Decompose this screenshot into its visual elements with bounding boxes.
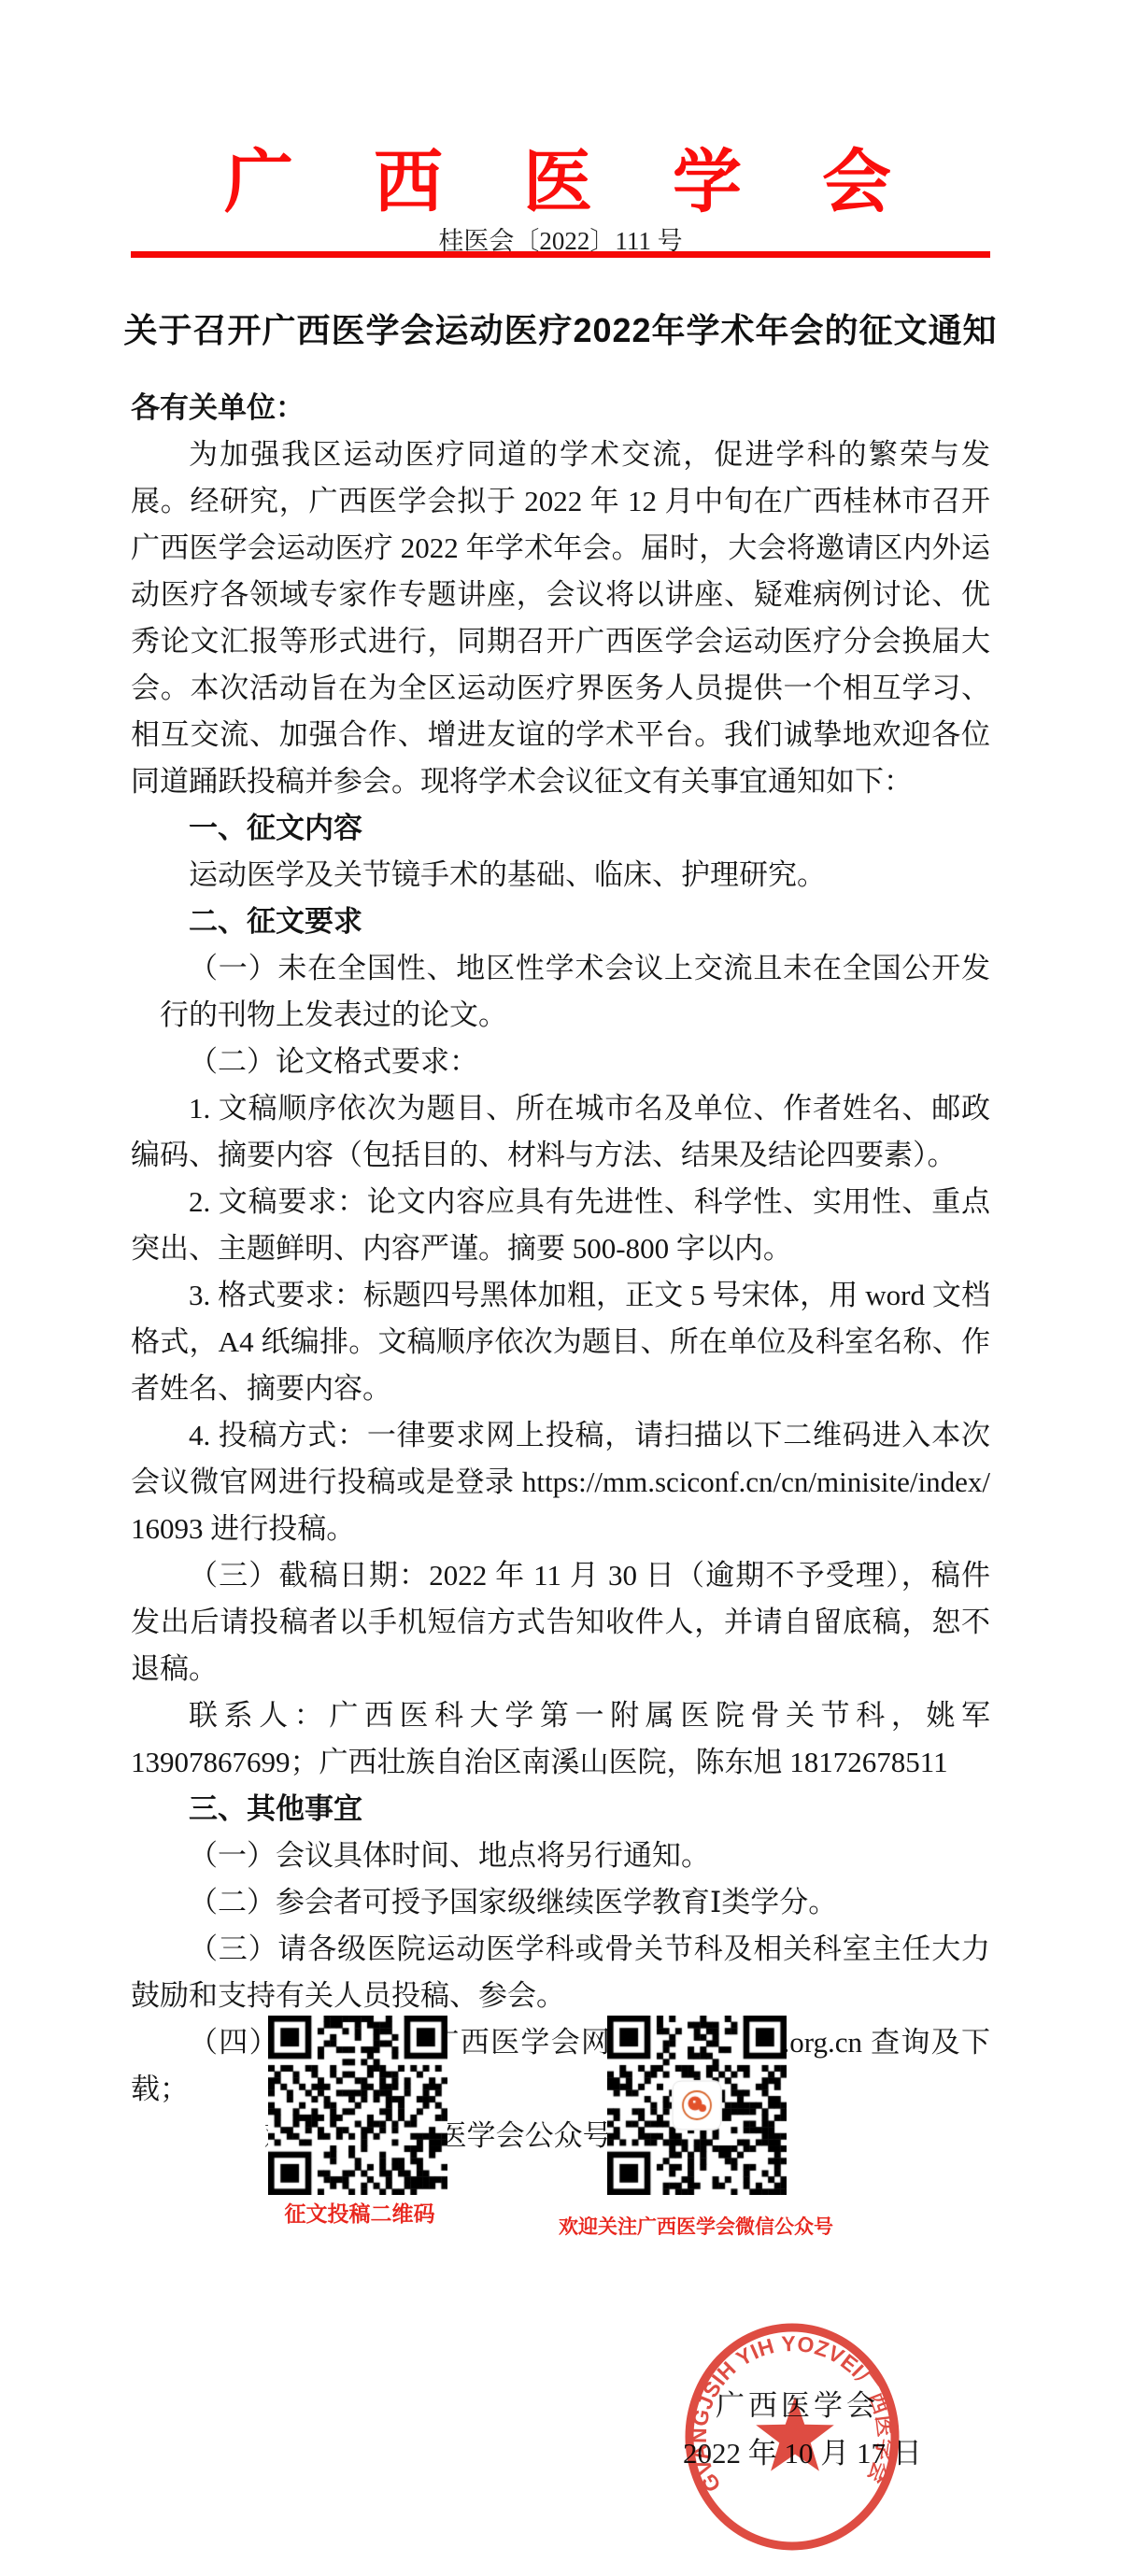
- body-paragraph: （二）参会者可授予国家级继续医学教育Ⅰ类学分。: [131, 1879, 990, 1926]
- wechat-qr-caption: 欢迎关注广西医学会微信公众号: [537, 2212, 855, 2240]
- section-heading: 一、征文内容: [131, 805, 990, 852]
- official-seal: GVANGJSIH YIH YOZVEI广西医学会: [678, 2318, 906, 2555]
- body-paragraph: （二）论文格式要求：: [131, 1039, 990, 1085]
- body-paragraph: （一）未在全国性、地区性学术会议上交流且未在全国公开发行的刊物上发表过的论文。: [131, 945, 990, 1039]
- wechat-qr-image: [607, 2016, 787, 2195]
- submission-qr-image: [268, 2016, 447, 2195]
- body-paragraph: 为加强我区运动医疗同道的学术交流，促进学科的繁荣与发展。经研究，广西医学会拟于 …: [131, 432, 990, 805]
- submission-qr-caption: 征文投稿二维码: [238, 2197, 481, 2228]
- body-paragraph: 1. 文稿顺序依次为题目、所在城市名及单位、作者姓名、邮政编码、摘要内容（包括目…: [131, 1085, 990, 1179]
- body-paragraph: 运动医学及关节镜手术的基础、临床、护理研究。: [131, 852, 990, 899]
- body-paragraph: 2. 文稿要求：论文内容应具有先进性、科学性、实用性、重点突出、主题鲜明、内容严…: [131, 1179, 990, 1272]
- notice-document-page: 广 西 医 学 会 桂医会〔2022〕111 号 关于召开广西医学会运动医疗20…: [0, 0, 1121, 2576]
- body-paragraph: （四）通知可登录广西医学会网站 www.gxma.org.cn 查询及下载；: [131, 2019, 990, 2113]
- salutation: 各有关单位：: [131, 385, 990, 432]
- wechat-qr-code: [607, 2016, 787, 2195]
- section-heading: 二、征文要求: [131, 899, 990, 945]
- body-paragraph: （三）请各级医院运动医学科或骨关节科及相关科室主任大力鼓励和支持有关人员投稿、参…: [131, 1926, 990, 2019]
- body-paragraph: （一）会议具体时间、地点将另行通知。: [131, 1833, 990, 1879]
- body-paragraph: 联系人：广西医科大学第一附属医院骨关节科，姚军 13907867699；广西壮族…: [131, 1692, 990, 1786]
- body-paragraph: （三）截稿日期：2022 年 11 月 30 日（逾期不予受理），稿件发出后请投…: [131, 1552, 990, 1692]
- red-divider-line: [131, 251, 990, 258]
- notice-body: 各有关单位：为加强我区运动医疗同道的学术交流，促进学科的繁荣与发展。经研究，广西…: [131, 385, 990, 2159]
- body-paragraph: 3. 格式要求：标题四号黑体加粗，正文 5 号宋体，用 word 文档格式，A4…: [131, 1272, 990, 1412]
- body-paragraph: 欢迎关注广西医学会公众号：guangxiyxh。: [131, 2113, 990, 2159]
- section-heading: 三、其他事宜: [131, 1786, 990, 1833]
- association-name: 广 西 医 学 会: [0, 127, 1121, 226]
- notice-title: 关于召开广西医学会运动医疗2022年学术年会的征文通知: [0, 304, 1121, 352]
- body-paragraph: 4. 投稿方式：一律要求网上投稿，请扫描以下二维码进入本次会议微官网进行投稿或是…: [131, 1412, 990, 1552]
- submission-qr-code: [268, 2016, 447, 2195]
- seal-star: [756, 2397, 834, 2471]
